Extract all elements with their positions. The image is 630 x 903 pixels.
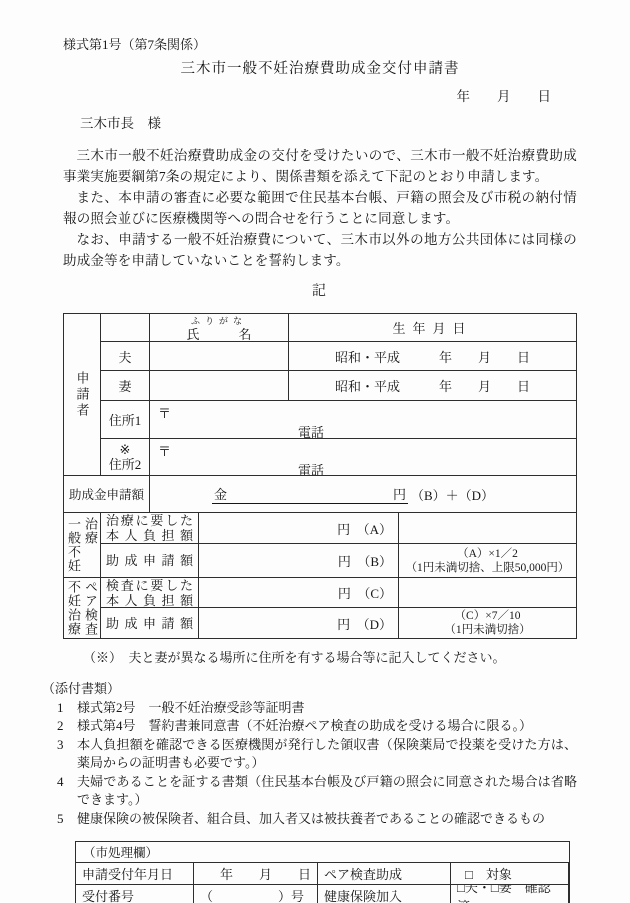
row-d-note-cell: （C）×7／10 （1円未満切捨） bbox=[399, 608, 576, 638]
health-insurance-label: 健康保険加入 bbox=[318, 885, 451, 903]
attachments-section: （添付書類） 1 様式第2号 一般不妊治療受診等証明書 2 様式第4号 誓約書兼… bbox=[42, 680, 577, 828]
row-c-amount-cell: 円 （C） bbox=[199, 578, 399, 608]
phone-label: 電話 bbox=[298, 422, 568, 439]
birthdate-header-cell: 生年月日 bbox=[289, 314, 576, 342]
row-b-amount-cell: 円 （B） bbox=[199, 544, 399, 578]
paragraph-pledge: なお、申請する一般不妊治療費について、三木市以外の地方公共団体には同様の助成金等… bbox=[63, 229, 577, 271]
attachment-item: 1 様式第2号 一般不妊治療受診等証明書 bbox=[42, 699, 577, 718]
husband-name-cell bbox=[150, 342, 289, 371]
receipt-number-cell: （ ）号 bbox=[194, 885, 318, 903]
attachment-item: 5 健康保険の被保険者、組合員、加入者又は被扶養者であることの確認できるもの bbox=[42, 810, 577, 829]
application-date-cell: 年 月 日 bbox=[194, 863, 318, 885]
body-paragraphs: 三木市一般不妊治療費助成金の交付を受けたいので、三木市一般不妊治療費助成事業実施… bbox=[63, 145, 577, 271]
document-title: 三木市一般不妊治療費助成金交付申請書 bbox=[63, 57, 577, 78]
attachment-number: 1 bbox=[57, 699, 77, 718]
name-label: 氏 名 bbox=[186, 329, 251, 341]
money-underline: 金 円 bbox=[212, 484, 408, 504]
wife-name-cell bbox=[150, 371, 289, 401]
pair-test-subsidy-label: ペア検査助成 bbox=[318, 863, 451, 885]
pair-test-vertical-label: 不妊治療 ペア検査 bbox=[64, 578, 101, 638]
subsidy-amount-row: 助成金申請額 金 円 （B）＋（D） bbox=[64, 476, 576, 513]
attachment-number: 3 bbox=[57, 736, 77, 773]
name-header-cell: ふりがな 氏 名 bbox=[150, 314, 289, 342]
attachment-text: 様式第2号 一般不妊治療受診等証明書 bbox=[77, 699, 577, 718]
paragraph-consent: また、本申請の審査に必要な範囲で住民基本台帳、戸籍の照会及び市税の納付情報の照会… bbox=[63, 187, 577, 229]
application-form-page: 様式第1号（第7条関係） 三木市一般不妊治療費助成金交付申請書 年 月 日 三木… bbox=[0, 0, 630, 903]
row-a-label: 治療に要した 本人負担額 bbox=[101, 513, 199, 544]
applicant-vertical-label: 申請者 bbox=[64, 314, 101, 476]
phone-label: 電話 bbox=[298, 460, 568, 476]
yen-suffix: 円 bbox=[393, 484, 406, 503]
attachment-number: 5 bbox=[57, 810, 77, 829]
health-insurance-checkboxes: □夫・□妻 確認済 bbox=[451, 885, 569, 903]
address2-row-label: ※ 住所2 bbox=[101, 439, 150, 476]
table-footnote: （※） 夫と妻が異なる場所に住所を有する場合等に記入してください。 bbox=[63, 647, 577, 666]
attachment-text: 本人負担額を確認できる医療機関が発行した領収書（保険薬局で投薬を受けた方は、薬局… bbox=[77, 736, 577, 773]
office-use-heading: （市処理欄） bbox=[76, 842, 569, 863]
attachment-text: 様式第4号 誓約書兼同意書（不妊治療ペア検査の助成を受ける場合に限る。） bbox=[77, 717, 577, 736]
attachment-item: 3 本人負担額を確認できる医療機関が発行した領収書（保険薬局で投薬を受けた方は、… bbox=[42, 736, 577, 773]
address2-cell: 〒 電話 bbox=[150, 439, 576, 476]
applicant-section: 申請者 ふりがな 氏 名 生年月日 夫 昭和・平成 年 月 日 妻 昭和・平成 … bbox=[64, 314, 576, 476]
addressee: 三木市長 様 bbox=[63, 112, 577, 132]
attachment-text: 夫婦であることを証する書類（住民基本台帳及び戸籍の照会に同意された場合は省略でき… bbox=[77, 773, 577, 810]
address1-cell: 〒 電話 bbox=[150, 401, 576, 439]
husband-birthdate-cell: 昭和・平成 年 月 日 bbox=[289, 342, 576, 371]
attachment-number: 4 bbox=[57, 773, 77, 810]
row-b-note-cell: （A）×1／2 （1円未満切捨、上限50,000円） bbox=[399, 544, 576, 578]
row-d-amount-cell: 円 （D） bbox=[199, 608, 399, 638]
row-c-note-cell bbox=[399, 578, 576, 608]
row-d-label: 助成申請額 bbox=[101, 608, 199, 638]
form-code: 様式第1号（第7条関係） bbox=[63, 34, 577, 53]
yen-prefix: 金 bbox=[214, 484, 227, 503]
office-use-table: （市処理欄） 申請受付年月日 年 月 日 ペア検査助成 □ 対象 受付番号 （ … bbox=[75, 841, 570, 903]
attachments-heading: （添付書類） bbox=[42, 680, 577, 699]
wife-birthdate-cell: 昭和・平成 年 月 日 bbox=[289, 371, 576, 401]
general-treatment-vertical-label: 一般不妊 治療 bbox=[64, 513, 101, 578]
record-heading: 記 bbox=[63, 280, 577, 300]
application-date-label: 申請受付年月日 bbox=[76, 863, 194, 885]
receipt-number-label: 受付番号 bbox=[76, 885, 194, 903]
subsidy-amount-label: 助成金申請額 bbox=[64, 476, 150, 513]
applicant-table: 申請者 ふりがな 氏 名 生年月日 夫 昭和・平成 年 月 日 妻 昭和・平成 … bbox=[63, 313, 577, 639]
office-use-grid: 申請受付年月日 年 月 日 ペア検査助成 □ 対象 受付番号 （ ）号 健康保険… bbox=[76, 863, 569, 903]
attachment-item: 4 夫婦であることを証する書類（住民基本台帳及び戸籍の照会に同意された場合は省略… bbox=[42, 773, 577, 810]
postal-mark: 〒 bbox=[158, 441, 568, 460]
row-c-label: 検査に要した 本人負担額 bbox=[101, 578, 199, 608]
header-empty-cell bbox=[101, 314, 150, 342]
address1-row-label: 住所1 bbox=[101, 401, 150, 439]
postal-mark: 〒 bbox=[158, 403, 568, 422]
treatment-section: 一般不妊 治療 不妊治療 ペア検査 治療に要した 本人負担額 円 （A） 助成申… bbox=[64, 513, 576, 638]
row-a-amount-cell: 円 （A） bbox=[199, 513, 399, 544]
attachment-number: 2 bbox=[57, 717, 77, 736]
subsidy-amount-cell: 金 円 （B）＋（D） bbox=[150, 476, 576, 513]
date-line: 年 月 日 bbox=[63, 85, 577, 105]
wife-row-label: 妻 bbox=[101, 371, 150, 401]
furigana-label: ふりがな bbox=[191, 315, 247, 327]
attachment-text: 健康保険の被保険者、組合員、加入者又は被扶養者であることの確認できるもの bbox=[77, 810, 577, 829]
paragraph-application: 三木市一般不妊治療費助成金の交付を受けたいので、三木市一般不妊治療費助成事業実施… bbox=[63, 145, 577, 187]
row-b-label: 助成申請額 bbox=[101, 544, 199, 578]
husband-row-label: 夫 bbox=[101, 342, 150, 371]
pair-test-subsidy-checkbox: □ 対象 bbox=[451, 863, 569, 885]
attachment-item: 2 様式第4号 誓約書兼同意書（不妊治療ペア検査の助成を受ける場合に限る。） bbox=[42, 717, 577, 736]
row-a-note-cell bbox=[399, 513, 576, 544]
subsidy-formula: （B）＋（D） bbox=[411, 485, 494, 504]
